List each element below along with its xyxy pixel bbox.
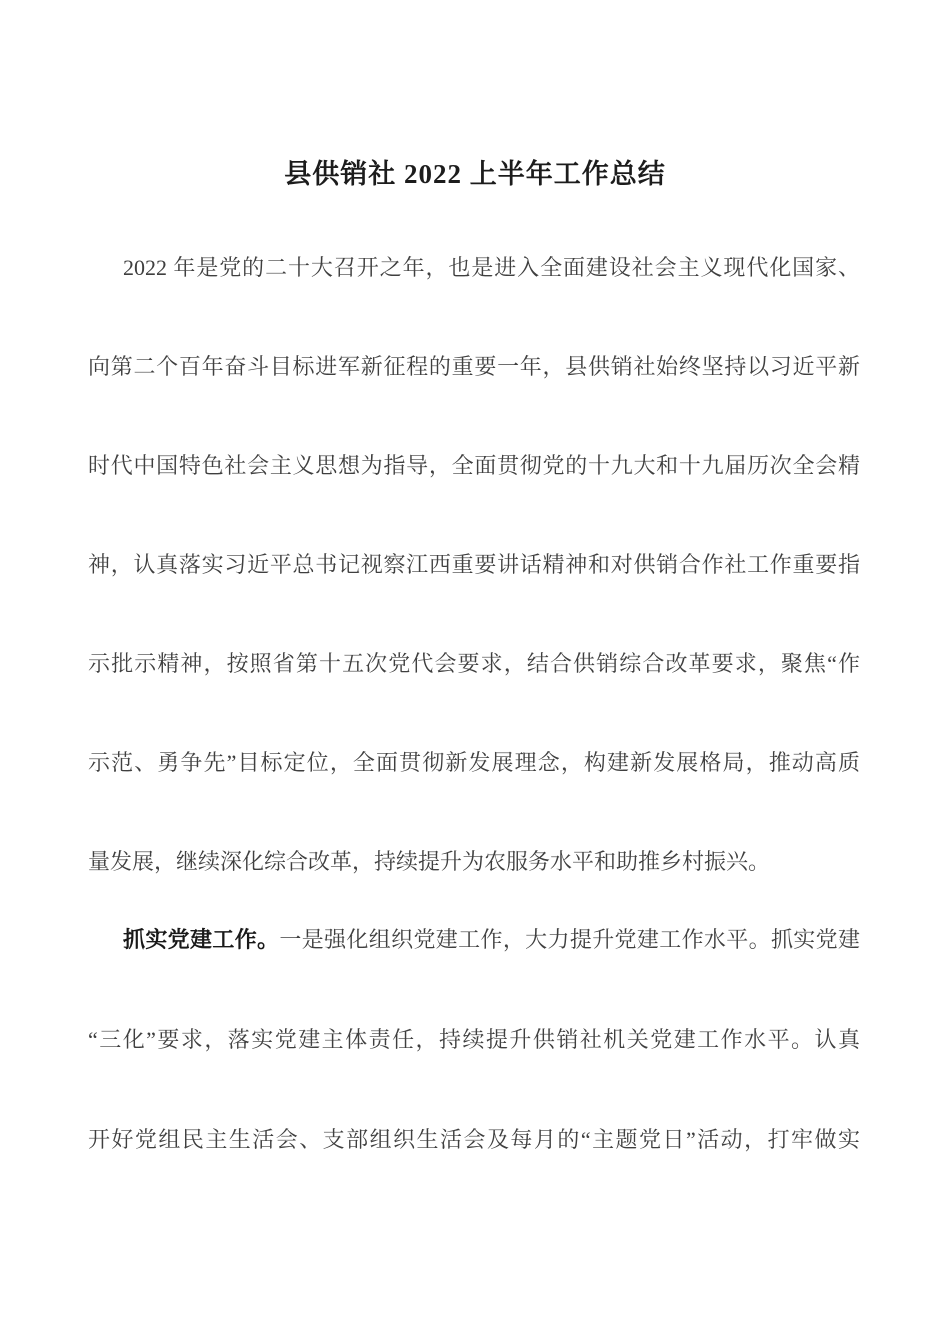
text-run: 2022 年是党的二十大召开之年，也是进入全面建设社会主义现代化国家、 xyxy=(123,255,860,280)
text-run: 神，认真落实习近平总书记视察江西重要讲话精神和对供销合作社工作重要指 xyxy=(88,552,860,577)
text-run: 一是强化组织党建工作，大力提升党建工作水平。抓实党建 xyxy=(279,927,860,952)
party-building-paragraph: 抓实党建工作。一是强化组织党建工作，大力提升党建工作水平。抓实党建“三化”要求，… xyxy=(88,890,860,1190)
document-page: 县供销社 2022 上半年工作总结 2022 年是党的二十大召开之年，也是进入全… xyxy=(0,0,950,1344)
text-line: 开好党组民主生活会、支部组织生活会及每月的“主题党日”活动，打牢做实 xyxy=(88,1090,860,1190)
text-run: 开好党组民主生活会、支部组织生活会及每月的“主题党日”活动，打牢做实 xyxy=(88,1127,860,1152)
text-line: 神，认真落实习近平总书记视察江西重要讲话精神和对供销合作社工作重要指 xyxy=(88,515,860,614)
bold-text-run: 抓实党建工作。 xyxy=(123,927,279,952)
text-line: 示批示精神，按照省第十五次党代会要求，结合供销综合改革要求，聚焦“作 xyxy=(88,614,860,713)
text-run: 示批示精神，按照省第十五次党代会要求，结合供销综合改革要求，聚焦“作 xyxy=(88,651,860,676)
text-run: 时代中国特色社会主义思想为指导，全面贯彻党的十九大和十九届历次全会精 xyxy=(88,453,860,478)
text-run: 示范、勇争先”目标定位，全面贯彻新发展理念，构建新发展格局，推动高质 xyxy=(88,750,860,775)
document-title: 县供销社 2022 上半年工作总结 xyxy=(0,0,950,191)
text-line: 时代中国特色社会主义思想为指导，全面贯彻党的十九大和十九届历次全会精 xyxy=(88,416,860,515)
text-run: 量发展，继续深化综合改革，持续提升为农服务水平和助推乡村振兴。 xyxy=(88,849,770,874)
text-line: 示范、勇争先”目标定位，全面贯彻新发展理念，构建新发展格局，推动高质 xyxy=(88,713,860,812)
text-line: 2022 年是党的二十大召开之年，也是进入全面建设社会主义现代化国家、 xyxy=(88,218,860,317)
text-line: 抓实党建工作。一是强化组织党建工作，大力提升党建工作水平。抓实党建 xyxy=(88,890,860,990)
intro-paragraph: 2022 年是党的二十大召开之年，也是进入全面建设社会主义现代化国家、向第二个百… xyxy=(88,218,860,911)
text-run: 向第二个百年奋斗目标进军新征程的重要一年，县供销社始终坚持以习近平新 xyxy=(88,354,860,379)
text-line: 向第二个百年奋斗目标进军新征程的重要一年，县供销社始终坚持以习近平新 xyxy=(88,317,860,416)
document-body: 2022 年是党的二十大召开之年，也是进入全面建设社会主义现代化国家、向第二个百… xyxy=(88,218,860,1190)
text-line: “三化”要求，落实党建主体责任，持续提升供销社机关党建工作水平。认真 xyxy=(88,990,860,1090)
text-run: “三化”要求，落实党建主体责任，持续提升供销社机关党建工作水平。认真 xyxy=(88,1027,860,1052)
